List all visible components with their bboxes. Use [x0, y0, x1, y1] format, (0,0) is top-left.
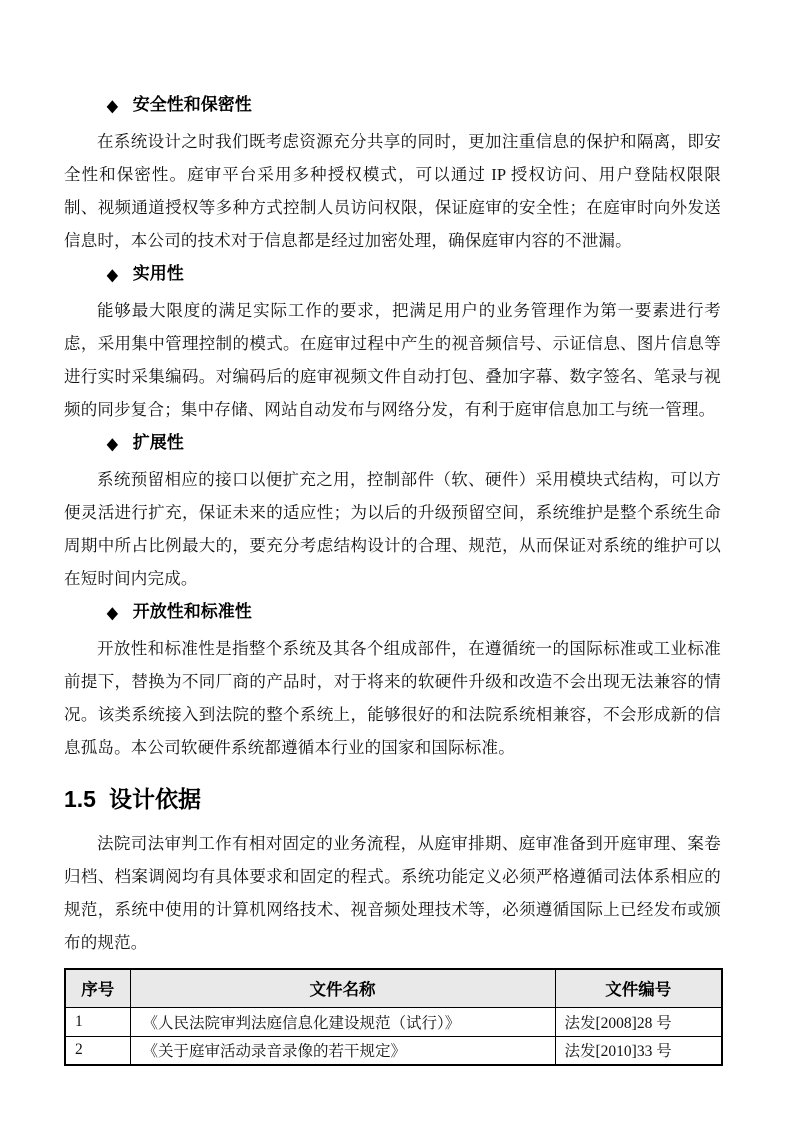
cell-index: 2: [65, 1036, 130, 1065]
section-heading-label: 实用性: [133, 264, 184, 284]
section-paragraph-extensibility: 系统预留相应的接口以便扩充之用，控制部件（软、硬件）采用模块式结构，可以方便灵活…: [64, 463, 721, 595]
section-heading-label: 扩展性: [133, 433, 184, 453]
cell-file-name: 《人民法院审判法庭信息化建设规范（试行）》: [130, 1007, 555, 1036]
section-number: 1.5: [64, 785, 96, 813]
section-paragraph-security: 在系统设计之时我们既考虑资源充分共享的同时，更加注重信息的保护和隔离，即安全性和…: [64, 125, 721, 257]
cell-file-number: 法发[2010]33 号: [555, 1036, 722, 1065]
diamond-bullet-icon: ◆: [107, 432, 118, 455]
section-paragraph-openness: 开放性和标准性是指整个系统及其各个组成部件，在遵循统一的国际标准或工业标准前提下…: [64, 632, 721, 764]
design-basis-paragraph: 法院司法审判工作有相对固定的业务流程，从庭审排期、庭审准备到开庭审理、案卷归档、…: [64, 827, 721, 959]
table-row: 1 《人民法院审判法庭信息化建设规范（试行）》 法发[2008]28 号: [65, 1007, 722, 1036]
diamond-bullet-icon: ◆: [107, 263, 118, 286]
section-heading-label: 开放性和标准性: [133, 602, 252, 622]
column-header-index: 序号: [65, 969, 130, 1007]
cell-index: 1: [65, 1007, 130, 1036]
document-content: ◆ 安全性和保密性 在系统设计之时我们既考虑资源充分共享的同时，更加注重信息的保…: [64, 88, 721, 1066]
document-page: ◆ 安全性和保密性 在系统设计之时我们既考虑资源充分共享的同时，更加注重信息的保…: [0, 0, 793, 1122]
section-heading-extensibility: ◆ 扩展性: [64, 433, 721, 453]
table-row: 2 《关于庭审活动录音录像的若干规定》 法发[2010]33 号: [65, 1036, 722, 1065]
design-basis-table: 序号 文件名称 文件编号 1 《人民法院审判法庭信息化建设规范（试行）》 法发[…: [64, 968, 723, 1066]
table-header-row: 序号 文件名称 文件编号: [65, 969, 722, 1007]
section-heading-label: 安全性和保密性: [133, 95, 252, 115]
design-basis-heading: 1.5 设计依据: [64, 785, 721, 813]
diamond-bullet-icon: ◆: [107, 601, 118, 624]
section-heading-practicality: ◆ 实用性: [64, 264, 721, 284]
cell-file-number: 法发[2008]28 号: [555, 1007, 722, 1036]
section-title: 设计依据: [109, 785, 201, 813]
section-heading-security: ◆ 安全性和保密性: [64, 95, 721, 115]
cell-file-name: 《关于庭审活动录音录像的若干规定》: [130, 1036, 555, 1065]
column-header-file-name: 文件名称: [130, 969, 555, 1007]
section-heading-openness: ◆ 开放性和标准性: [64, 602, 721, 622]
column-header-file-number: 文件编号: [555, 969, 722, 1007]
section-paragraph-practicality: 能够最大限度的满足实际工作的要求，把满足用户的业务管理作为第一要素进行考虑，采用…: [64, 294, 721, 426]
diamond-bullet-icon: ◆: [107, 94, 118, 117]
